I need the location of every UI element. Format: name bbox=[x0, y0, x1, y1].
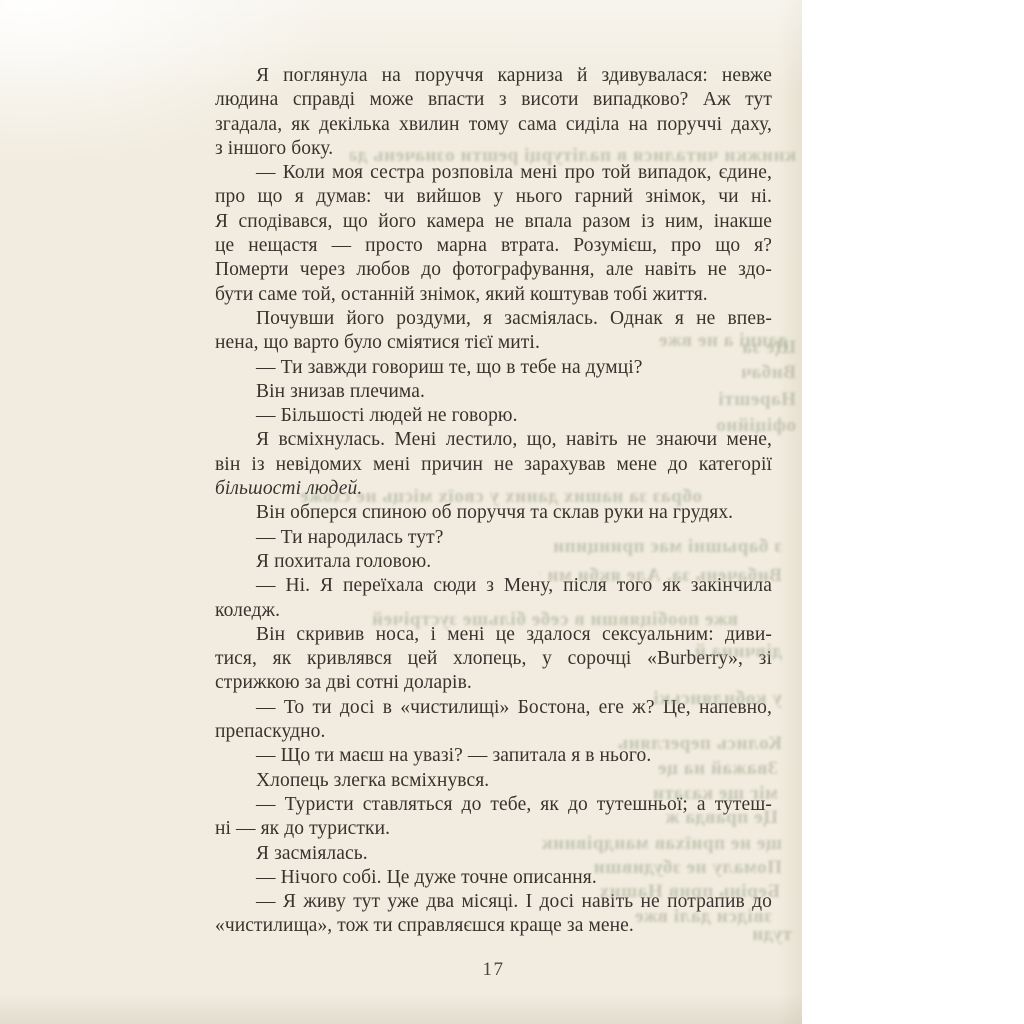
bleed-through-text: з барышні має принципи bbox=[544, 536, 782, 559]
bleed-through-text: образ за наших даних у своїх місць не сх… bbox=[214, 486, 702, 509]
text-line: Я сподівався, що його камера не впала ра… bbox=[215, 210, 772, 234]
bleed-through-text: міг ще казати bbox=[552, 783, 778, 806]
bleed-through-text: дівчина й bbox=[652, 641, 782, 664]
bleed-through-text: Колись переглянь bbox=[556, 733, 782, 756]
scanned-book-page: Я поглянула на поруччя карниза й здивува… bbox=[0, 0, 1024, 1024]
page-number: 17 bbox=[215, 959, 772, 981]
bleed-through-text: туди bbox=[688, 924, 792, 947]
bleed-through-text: вже пообіцявши в себе більше зустрічей bbox=[308, 609, 738, 632]
bleed-through-text: Вибачень за. Але якби ми час bbox=[540, 565, 782, 588]
bleed-through-text: офіційно bbox=[655, 415, 796, 438]
text-line: — Ти завжди говориш те, що в тебе на дум… bbox=[215, 356, 772, 380]
bleed-through-text: Берінь прив Наших bbox=[500, 881, 780, 904]
bleed-through-text: ще не приїхав мандрівник bbox=[420, 833, 782, 856]
text-line: Померти через любов до фотографування, а… bbox=[215, 258, 772, 282]
text-line: він із невідомих мені причин не зарахува… bbox=[215, 453, 772, 477]
text-line: це нещастя — просто марна втрата. Розумі… bbox=[215, 234, 772, 258]
bleed-through-text: Зважай на це bbox=[610, 758, 778, 781]
book-page-paper: Я поглянула на поруччя карниза й здивува… bbox=[0, 0, 802, 1024]
bleed-through-text: у кобилянські bbox=[624, 688, 782, 711]
bleed-through-text: Нарешті bbox=[660, 389, 796, 412]
text-line: згадала, як декілька хвилин тому сама си… bbox=[215, 113, 772, 137]
paragraph: — Ти завжди говориш те, що в тебе на дум… bbox=[215, 356, 772, 380]
text-line: про що я думав: чи вийшов у нього гарний… bbox=[215, 185, 772, 209]
bleed-through-text: Ще за bbox=[700, 337, 796, 360]
bleed-through-text: Це правда ж bbox=[596, 807, 778, 830]
text-line: Я поглянула на поруччя карниза й здивува… bbox=[215, 64, 772, 88]
paragraph: — Коли моя сестра розповіла мені про той… bbox=[215, 161, 772, 307]
bleed-through-text: Вибач bbox=[698, 362, 796, 385]
text-line: людина справді може впасти з висоти випа… bbox=[215, 88, 772, 112]
bleed-through-text: книжки читалися в палітурці решти означе… bbox=[350, 145, 796, 168]
text-line: бути саме той, останній знімок, який кош… bbox=[215, 283, 772, 307]
text-line: Почувши його роздуми, я засміялась. Одна… bbox=[215, 307, 772, 331]
bleed-through-text: Помалу не збудивши bbox=[520, 857, 782, 880]
